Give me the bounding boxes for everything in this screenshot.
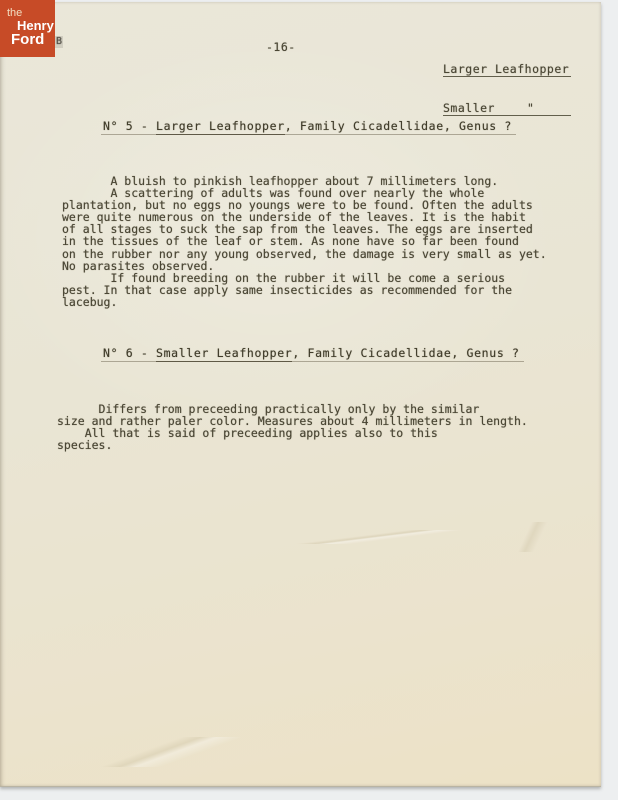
heading-prefix: N° 5 - xyxy=(103,119,156,133)
paper-sheet: -16- Larger Leafhopper Smaller" N° 5 - L… xyxy=(0,2,601,787)
section-body-no5: A bluish to pinkish leafhopper about 7 m… xyxy=(62,175,547,308)
running-header-line2-label: Smaller xyxy=(443,101,495,115)
section-heading-no6: N° 6 - Smaller Leafhopper, Family Cicade… xyxy=(103,347,520,362)
paper-crease xyxy=(470,522,590,552)
edge-stamp-mark: B xyxy=(55,36,63,48)
heading-species-name: Smaller Leafhopper xyxy=(156,346,292,362)
typewritten-line: pest. In that case apply same insecticid… xyxy=(62,284,547,296)
heading-prefix: N° 6 - xyxy=(103,346,156,360)
section-body-no6: Differs from preceeding practically only… xyxy=(57,403,528,451)
paper-crease xyxy=(270,530,470,544)
scanned-document-page: -16- Larger Leafhopper Smaller" N° 5 - L… xyxy=(0,0,618,800)
running-header-line2: Smaller" xyxy=(443,102,571,116)
page-number: -16- xyxy=(266,41,296,53)
typewritten-line: on the rubber nor any young observed, th… xyxy=(62,248,547,260)
heading-suffix: , Family Cicadellidae, Genus ? xyxy=(292,346,519,360)
typewritten-line: species. xyxy=(57,439,528,451)
logo-text-ford: Ford xyxy=(11,31,44,48)
typewritten-line: No parasites observed. xyxy=(62,260,547,272)
typewritten-line: lacebug. xyxy=(62,296,547,308)
henry-ford-logo: the Henry Ford xyxy=(0,0,55,57)
paper-crease xyxy=(40,737,280,767)
section-heading-no5: N° 5 - Larger Leafhopper, Family Cicadel… xyxy=(103,120,512,135)
running-header-line1: Larger Leafhopper xyxy=(443,63,571,77)
heading-suffix: , Family Cicadellidae, Genus ? xyxy=(285,119,512,133)
typewritten-line: in the tissues of the leaf or stem. As n… xyxy=(62,235,547,247)
heading-species-name: Larger Leafhopper xyxy=(156,119,285,135)
typewritten-line: All that is said of preceeding applies a… xyxy=(57,427,528,439)
ditto-mark: " xyxy=(527,102,534,114)
